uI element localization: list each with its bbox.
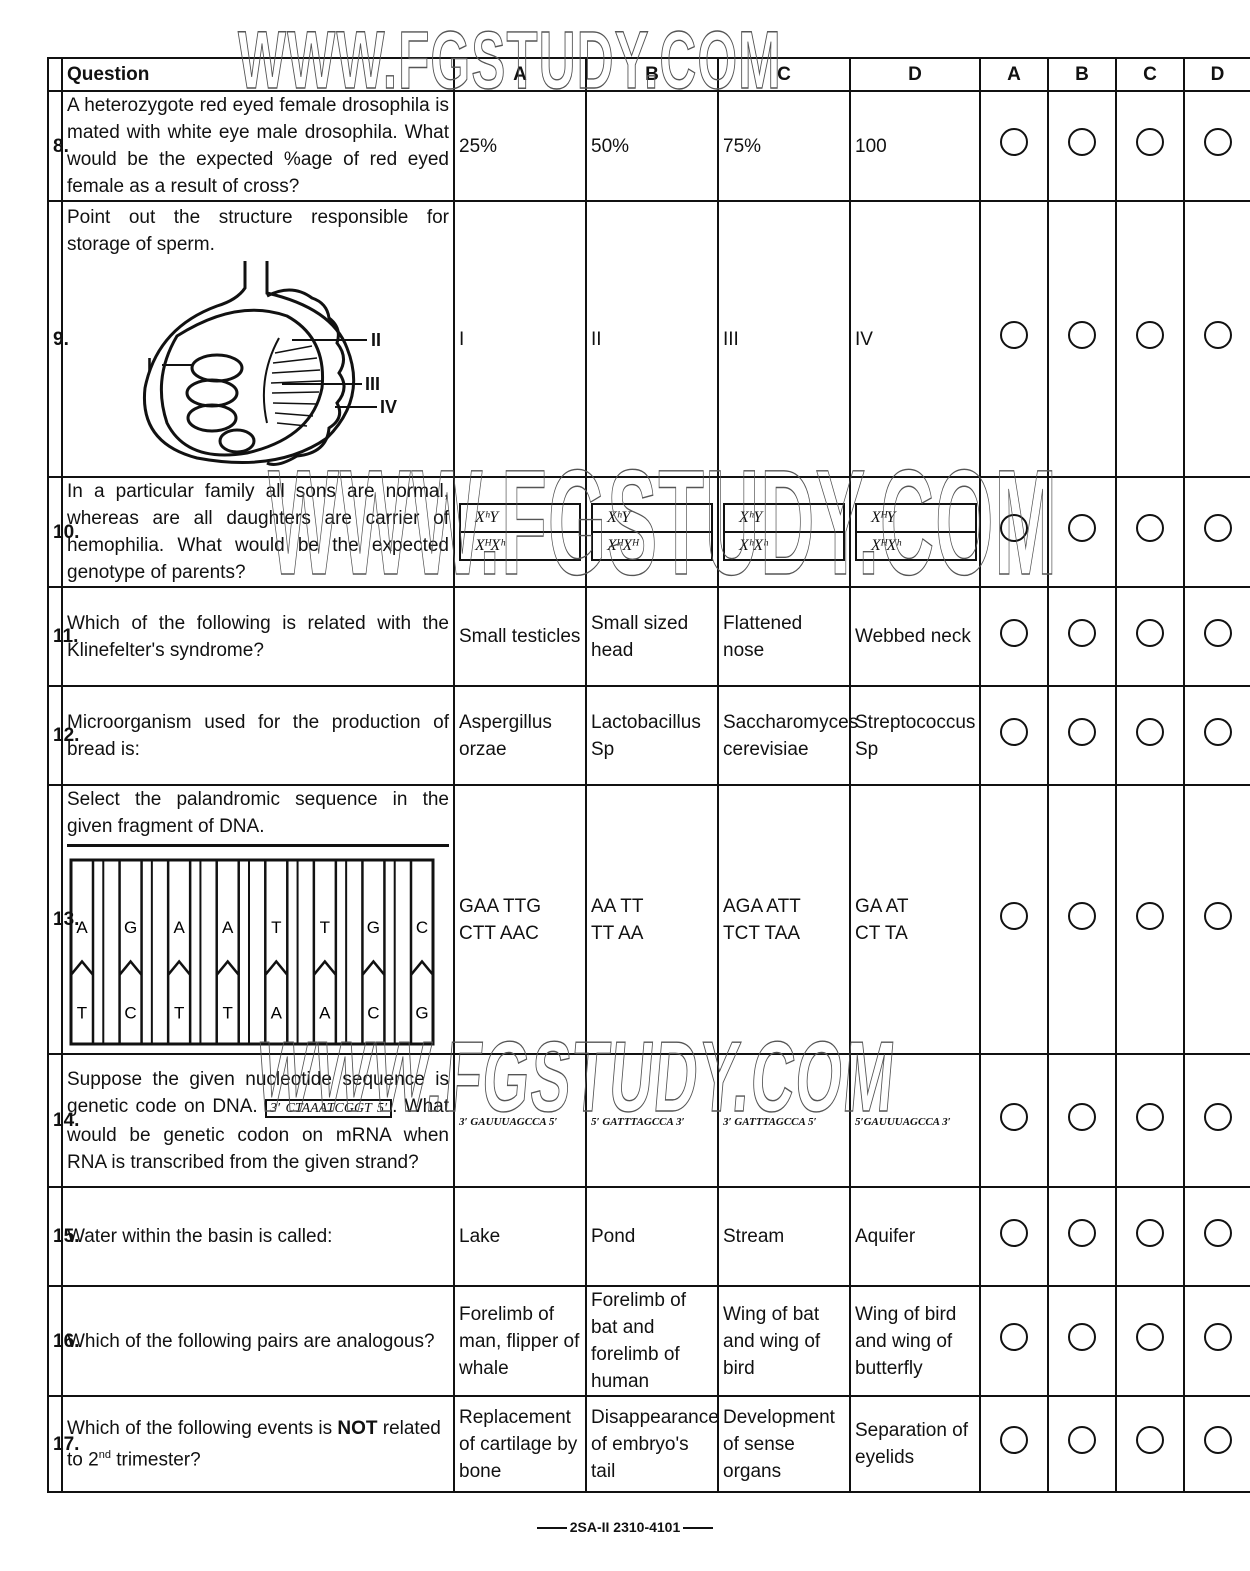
bubble-b[interactable] — [1048, 1396, 1116, 1492]
circle-icon — [1204, 514, 1232, 542]
option-b: AA TT TT AA — [586, 785, 718, 1054]
circle-icon — [1136, 514, 1164, 542]
option-a: 25% — [454, 91, 586, 201]
svg-text:A: A — [319, 1004, 331, 1023]
option-c: Wing of bat and wing of bird — [718, 1286, 850, 1396]
question-number: 10. — [48, 477, 62, 587]
question-number: 13. — [48, 785, 62, 1054]
circle-icon — [1204, 128, 1232, 156]
option-b: Disappearance of embryo's tail — [586, 1396, 718, 1492]
bubble-b[interactable] — [1048, 477, 1116, 587]
circle-icon — [1136, 902, 1164, 930]
question-row-13: 13. Select the palandromic sequence in t… — [48, 785, 1250, 1054]
circle-icon — [1068, 128, 1096, 156]
bubble-d[interactable] — [1184, 91, 1250, 201]
circle-icon — [1068, 1219, 1096, 1247]
question-cell: Select the palandromic sequence in the g… — [62, 785, 454, 1054]
circle-icon — [1068, 1426, 1096, 1454]
option-a: 3′ GAUUUAGCCA 5′ — [454, 1054, 586, 1187]
bubble-a[interactable] — [980, 1396, 1048, 1492]
mrna-sequence: 3′ GATTTAGCCA 5′ — [723, 1116, 817, 1128]
question-text: Point out the structure responsible for … — [67, 204, 449, 258]
circle-icon — [1204, 1219, 1232, 1247]
circle-icon — [1136, 1323, 1164, 1351]
option-c: Development of sense organs — [718, 1396, 850, 1492]
dna-sequence-box: 3′ CTAAATCGGT 5′ — [265, 1099, 392, 1118]
option-b: 50% — [586, 91, 718, 201]
option-d: GA AT CT TA — [850, 785, 980, 1054]
bubble-d[interactable] — [1184, 686, 1250, 785]
option-b: II — [586, 201, 718, 477]
option-a: Small testicles — [454, 587, 586, 686]
option-d: Streptococcus Sp — [850, 686, 980, 785]
question-text: Microorganism used for the production of… — [62, 686, 454, 785]
diagram-label-ii: II — [371, 330, 381, 350]
option-c: Stream — [718, 1187, 850, 1286]
circle-icon — [1000, 128, 1028, 156]
circle-icon — [1204, 1323, 1232, 1351]
circle-icon — [1000, 1323, 1028, 1351]
svg-text:T: T — [223, 1004, 233, 1023]
option-c: XʰYXʰXʰ — [718, 477, 850, 587]
circle-icon — [1000, 1103, 1028, 1131]
header-option-d: D — [850, 58, 980, 91]
mrna-sequence: 3′ GAUUUAGCCA 5′ — [459, 1116, 557, 1128]
dna-fragment-diagram: ATGCATATTATAGCCG — [67, 857, 437, 1053]
header-row: Question A B C D A B C D — [48, 58, 1250, 91]
option-a: GAA TTG CTT AAC — [454, 785, 586, 1054]
question-cell: Point out the structure responsible for … — [62, 201, 454, 477]
option-a: Lake — [454, 1187, 586, 1286]
bubble-b[interactable] — [1048, 1187, 1116, 1286]
bubble-c[interactable] — [1116, 477, 1184, 587]
svg-text:T: T — [77, 1004, 87, 1023]
mrna-sequence: 5′GAUUUAGCCA 3′ — [855, 1116, 951, 1128]
circle-icon — [1000, 514, 1028, 542]
question-text: In a particular family all sons are norm… — [62, 477, 454, 587]
header-bubble-b: B — [1048, 58, 1116, 91]
genotype-male: XʰY — [461, 505, 579, 531]
svg-text:C: C — [416, 918, 428, 937]
circle-icon — [1136, 619, 1164, 647]
option-c: Flattened nose — [718, 587, 850, 686]
option-c: AGA ATT TCT TAA — [718, 785, 850, 1054]
option-c: 75% — [718, 91, 850, 201]
bubble-a[interactable] — [980, 1054, 1048, 1187]
circle-icon — [1204, 1426, 1232, 1454]
genotype-female: XᴴXʰ — [461, 531, 579, 559]
circle-icon — [1204, 619, 1232, 647]
diagram-label-iv: IV — [380, 397, 397, 417]
bubble-d[interactable] — [1184, 1396, 1250, 1492]
bubble-b[interactable] — [1048, 91, 1116, 201]
question-row-17: 17. Which of the following events is NOT… — [48, 1396, 1250, 1492]
svg-text:G: G — [124, 918, 137, 937]
bubble-c[interactable] — [1116, 1396, 1184, 1492]
option-b: 5′ GATTTAGCCA 3′ — [586, 1054, 718, 1187]
question-row-16: 16. Which of the following pairs are ana… — [48, 1286, 1250, 1396]
option-d: Aquifer — [850, 1187, 980, 1286]
bubble-c[interactable] — [1116, 785, 1184, 1054]
question-number: 8. — [48, 91, 62, 201]
question-number: 9. — [48, 201, 62, 477]
bubble-d[interactable] — [1184, 201, 1250, 477]
option-c: 3′ GATTTAGCCA 5′ — [718, 1054, 850, 1187]
bubble-d[interactable] — [1184, 785, 1250, 1054]
bubble-c[interactable] — [1116, 201, 1184, 477]
header-bubble-c: C — [1116, 58, 1184, 91]
bubble-a[interactable] — [980, 91, 1048, 201]
question-text: Which of the following is related with t… — [62, 587, 454, 686]
divider — [67, 844, 449, 847]
bubble-b[interactable] — [1048, 1054, 1116, 1187]
bubble-a[interactable] — [980, 785, 1048, 1054]
header-option-b: B — [586, 58, 718, 91]
question-row-9: 9. Point out the structure responsible f… — [48, 201, 1250, 477]
circle-icon — [1068, 514, 1096, 542]
bubble-b[interactable] — [1048, 785, 1116, 1054]
svg-text:A: A — [173, 918, 185, 937]
circle-icon — [1000, 902, 1028, 930]
svg-text:C: C — [367, 1004, 379, 1023]
header-num — [48, 58, 62, 91]
bubble-a[interactable] — [980, 477, 1048, 587]
bubble-d[interactable] — [1184, 1187, 1250, 1286]
paper-code: 2SA-II 2310-4101 — [570, 1519, 681, 1535]
page-footer: 2SA-II 2310-4101 — [0, 1519, 1250, 1535]
circle-icon — [1068, 718, 1096, 746]
header-bubble-a: A — [980, 58, 1048, 91]
question-number: 17. — [48, 1396, 62, 1492]
svg-text:A: A — [222, 918, 234, 937]
option-d: IV — [850, 201, 980, 477]
option-b: Pond — [586, 1187, 718, 1286]
circle-icon — [1136, 1103, 1164, 1131]
question-number: 16. — [48, 1286, 62, 1396]
svg-text:A: A — [76, 918, 88, 937]
bubble-d[interactable] — [1184, 477, 1250, 587]
question-text-part: Suppose the given nucleotide sequence is… — [67, 1069, 449, 1117]
circle-icon — [1204, 1103, 1232, 1131]
question-text: Which of the following events is NOT rel… — [62, 1396, 454, 1492]
superscript: nd — [99, 1449, 111, 1461]
bubble-c[interactable] — [1116, 686, 1184, 785]
bubble-d[interactable] — [1184, 587, 1250, 686]
circle-icon — [1068, 902, 1096, 930]
question-row-15: 15. Water within the basin is called: La… — [48, 1187, 1250, 1286]
genotype-box: XʰYXᴴXᴴ — [591, 503, 713, 561]
option-a: XʰYXᴴXʰ — [454, 477, 586, 587]
bubble-a[interactable] — [980, 587, 1048, 686]
question-number: 15. — [48, 1187, 62, 1286]
bubble-d[interactable] — [1184, 1286, 1250, 1396]
option-b: Small sized head — [586, 587, 718, 686]
testis-diagram: I II III IV — [117, 258, 417, 473]
question-text-emphasis: NOT — [337, 1418, 377, 1439]
question-number: 12. — [48, 686, 62, 785]
bubble-b[interactable] — [1048, 201, 1116, 477]
svg-text:A: A — [271, 1004, 283, 1023]
bubble-c[interactable] — [1116, 1054, 1184, 1187]
question-text: A heterozygote red eyed female drosophil… — [62, 91, 454, 201]
question-text: Select the palandromic sequence in the g… — [67, 786, 449, 840]
option-a: Aspergillus orzae — [454, 686, 586, 785]
bubble-d[interactable] — [1184, 1054, 1250, 1187]
bubble-c[interactable] — [1116, 1286, 1184, 1396]
svg-text:G: G — [415, 1004, 428, 1023]
mrna-sequence: 5′ GATTTAGCCA 3′ — [591, 1116, 685, 1128]
option-d: XᴴYXᴴXʰ — [850, 477, 980, 587]
question-row-10: 10. In a particular family all sons are … — [48, 477, 1250, 587]
header-option-c: C — [718, 58, 850, 91]
question-text: Which of the following pairs are analogo… — [62, 1286, 454, 1396]
question-row-12: 12. Microorganism used for the productio… — [48, 686, 1250, 785]
circle-icon — [1000, 1426, 1028, 1454]
diagram-label-i: I — [147, 355, 152, 375]
header-question: Question — [62, 58, 454, 91]
bubble-c[interactable] — [1116, 1187, 1184, 1286]
option-d: Webbed neck — [850, 587, 980, 686]
question-text-part: Which of the following events is — [67, 1418, 337, 1439]
bubble-b[interactable] — [1048, 1286, 1116, 1396]
circle-icon — [1068, 1103, 1096, 1131]
option-a: Replacement of cartilage by bone — [454, 1396, 586, 1492]
circle-icon — [1136, 1219, 1164, 1247]
circle-icon — [1068, 619, 1096, 647]
question-row-11: 11. Which of the following is related wi… — [48, 587, 1250, 686]
genotype-female: XᴴXᴴ — [593, 531, 711, 559]
option-b: Forelimb of bat and forelimb of human — [586, 1286, 718, 1396]
genotype-male: XʰY — [593, 505, 711, 531]
circle-icon — [1000, 718, 1028, 746]
question-row-8: 8. A heterozygote red eyed female drosop… — [48, 91, 1250, 201]
bubble-a[interactable] — [980, 686, 1048, 785]
bubble-c[interactable] — [1116, 91, 1184, 201]
bubble-b[interactable] — [1048, 587, 1116, 686]
circle-icon — [1136, 718, 1164, 746]
genotype-male: XʰY — [725, 505, 843, 531]
circle-icon — [1000, 619, 1028, 647]
answer-sheet-table: Question A B C D A B C D 8. A heterozygo… — [47, 57, 1250, 1493]
bubble-a[interactable] — [980, 201, 1048, 477]
circle-icon — [1136, 1426, 1164, 1454]
header-option-a: A — [454, 58, 586, 91]
bubble-a[interactable] — [980, 1286, 1048, 1396]
genotype-box: XʰYXᴴXʰ — [459, 503, 581, 561]
header-bubble-d: D — [1184, 58, 1250, 91]
svg-text:G: G — [367, 918, 380, 937]
circle-icon — [1000, 1219, 1028, 1247]
option-a: Forelimb of man, flipper of whale — [454, 1286, 586, 1396]
option-c: III — [718, 201, 850, 477]
genotype-box: XᴴYXᴴXʰ — [855, 503, 977, 561]
diagram-label-iii: III — [365, 374, 380, 394]
circle-icon — [1068, 1323, 1096, 1351]
genotype-female: XʰXʰ — [725, 531, 843, 559]
bubble-b[interactable] — [1048, 686, 1116, 785]
circle-icon — [1068, 321, 1096, 349]
circle-icon — [1204, 321, 1232, 349]
divider — [683, 1527, 713, 1529]
option-d: Separation of eyelids — [850, 1396, 980, 1492]
circle-icon — [1136, 321, 1164, 349]
question-number: 11. — [48, 587, 62, 686]
svg-text:T: T — [174, 1004, 184, 1023]
genotype-female: XᴴXʰ — [857, 531, 975, 559]
genotype-male: XᴴY — [857, 505, 975, 531]
circle-icon — [1136, 128, 1164, 156]
circle-icon — [1204, 902, 1232, 930]
option-b: Lactobacillus Sp — [586, 686, 718, 785]
question-text: Suppose the given nucleotide sequence is… — [62, 1054, 454, 1187]
circle-icon — [1000, 321, 1028, 349]
option-b: XʰYXᴴXᴴ — [586, 477, 718, 587]
svg-text:C: C — [124, 1004, 136, 1023]
option-d: 100 — [850, 91, 980, 201]
question-number: 14. — [48, 1054, 62, 1187]
option-d: 5′GAUUUAGCCA 3′ — [850, 1054, 980, 1187]
question-text-part: trimester? — [111, 1449, 201, 1470]
genotype-box: XʰYXʰXʰ — [723, 503, 845, 561]
bubble-a[interactable] — [980, 1187, 1048, 1286]
circle-icon — [1204, 718, 1232, 746]
question-row-14: 14. Suppose the given nucleotide sequenc… — [48, 1054, 1250, 1187]
bubble-c[interactable] — [1116, 587, 1184, 686]
option-d: Wing of bird and wing of butterfly — [850, 1286, 980, 1396]
question-text: Water within the basin is called: — [62, 1187, 454, 1286]
divider — [537, 1527, 567, 1529]
option-c: Saccharomyces cerevisiae — [718, 686, 850, 785]
svg-text:T: T — [271, 918, 281, 937]
svg-text:T: T — [320, 918, 330, 937]
option-a: I — [454, 201, 586, 477]
